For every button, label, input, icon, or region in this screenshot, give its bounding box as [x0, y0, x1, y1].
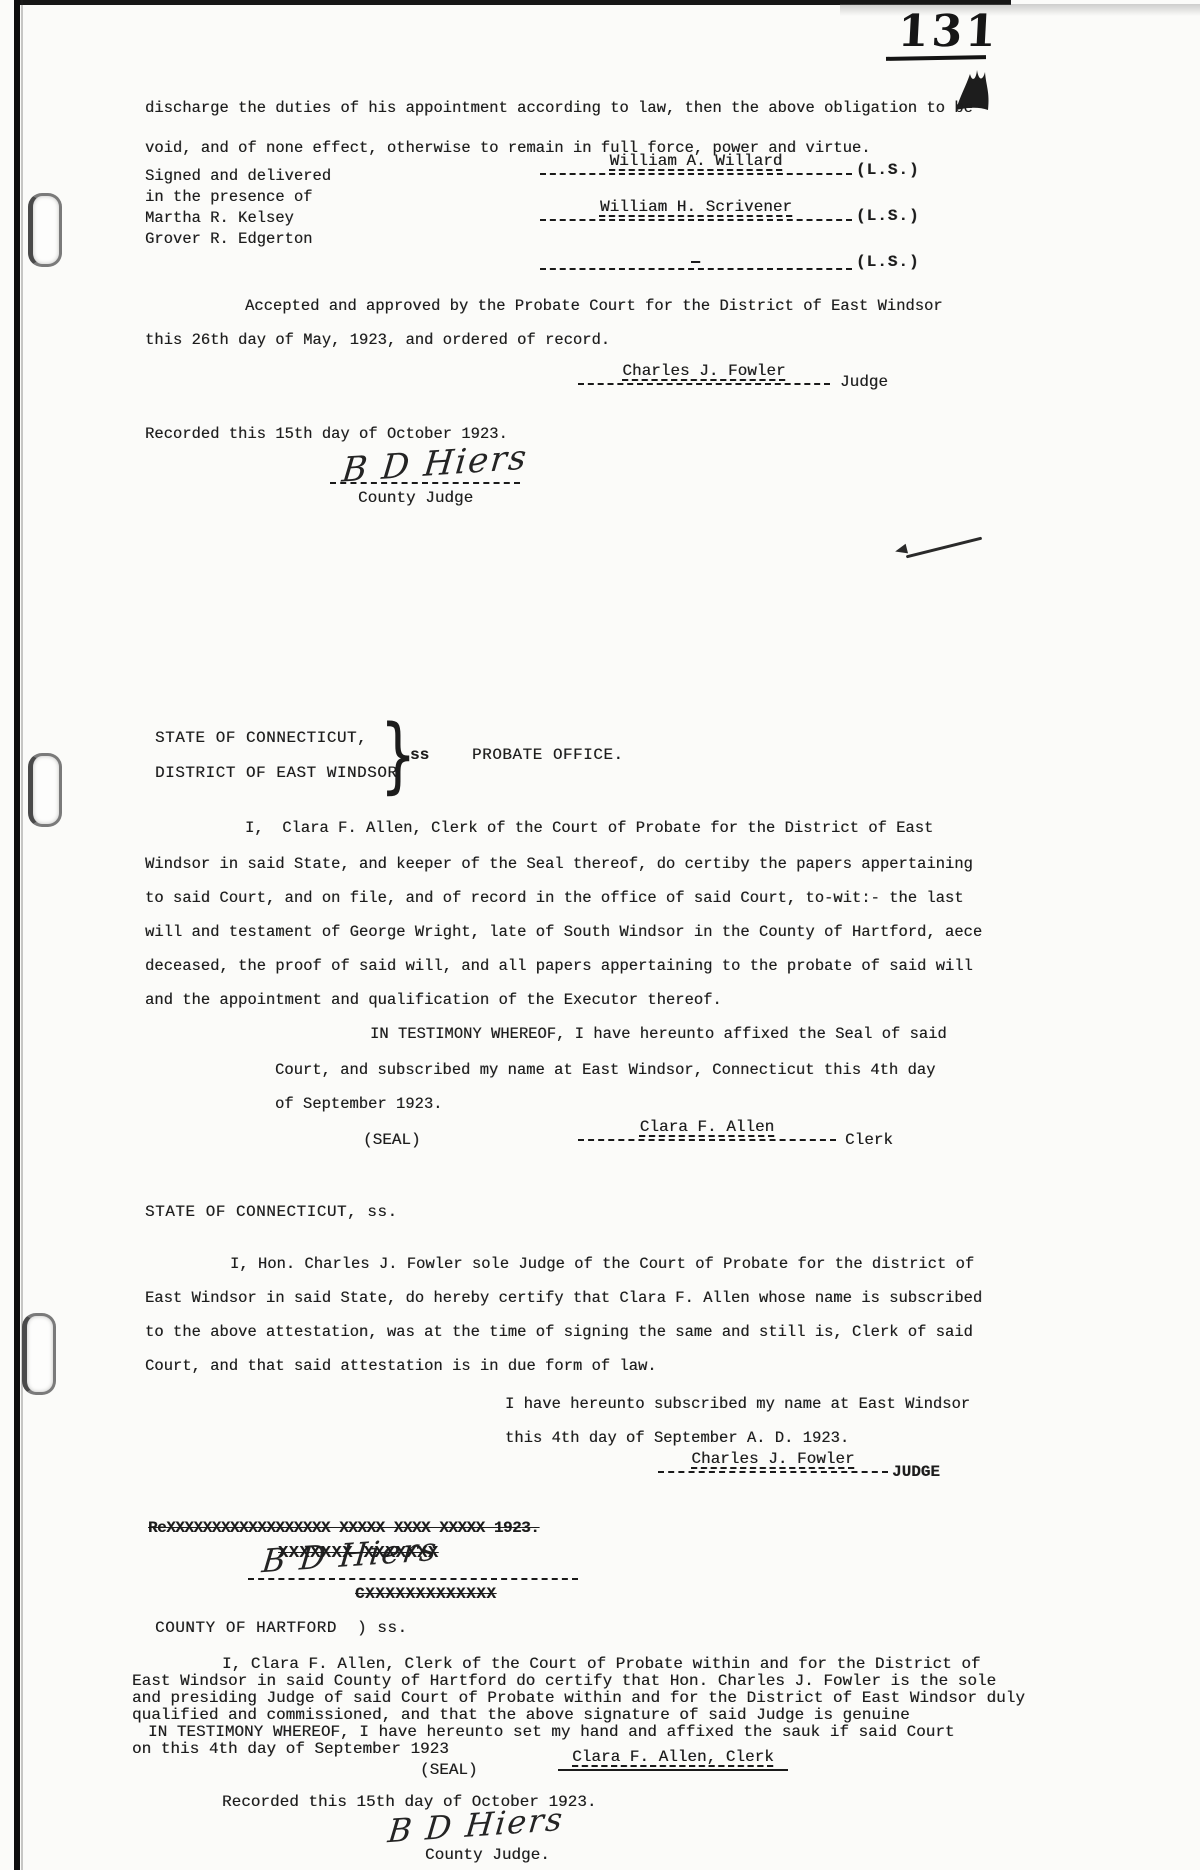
- witness-line: Signed and delivered: [145, 166, 331, 186]
- punch-hole: [28, 753, 62, 827]
- obligation-line: discharge the duties of his appointment …: [145, 98, 973, 118]
- office-heading: PROBATE OFFICE.: [472, 745, 624, 765]
- closing-line: I have hereunto subscribed my name at Ea…: [505, 1394, 970, 1414]
- scan-edge-left: [14, 0, 20, 1870]
- clerk-signature-line: Clara F. Allen, Clerk: [558, 1748, 788, 1771]
- struck-signer-title: CXXXXXXXXXXXXX: [355, 1584, 496, 1604]
- venue-heading: STATE OF CONNECTICUT, ss.: [145, 1202, 398, 1222]
- punch-hole: [28, 193, 62, 267]
- venue-state-line: STATE OF CONNECTICUT,: [155, 728, 367, 748]
- attestation-line: will and testament of George Wright, lat…: [145, 922, 982, 942]
- judge-signature-line: Charles J. Fowler: [658, 1450, 888, 1473]
- venue-district-line: DISTRICT OF EAST WINDSOR: [155, 763, 397, 783]
- signature-line-blank: [540, 244, 852, 270]
- clerk-signature: Clara F. Allen, Clerk: [558, 1748, 788, 1769]
- pen-stroke-artifact: [906, 537, 982, 559]
- judge-signature: Charles J. Fowler: [658, 1450, 888, 1471]
- attestation-line: to the above attestation, was at the tim…: [145, 1322, 973, 1342]
- seal-label: (L.S.): [856, 206, 920, 226]
- punch-hole: [22, 1313, 56, 1395]
- acceptance-line: Accepted and approved by the Probate Cou…: [245, 296, 943, 316]
- clerk-title: Clerk: [845, 1130, 893, 1150]
- attestation-line: East Windsor in said State, do hereby ce…: [145, 1288, 982, 1308]
- acceptance-line: this 26th day of May, 1923, and ordered …: [145, 330, 610, 350]
- attestation-line: I, Hon. Charles J. Fowler sole Judge of …: [230, 1254, 974, 1274]
- signer-title: County Judge: [358, 488, 473, 508]
- signature-line: William H. Scrivener: [540, 198, 852, 221]
- testimony-line: Court, and subscribed my name at East Wi…: [275, 1060, 935, 1080]
- attestation-line: deceased, the proof of said will, and al…: [145, 956, 973, 976]
- seal-label: (L.S.): [856, 160, 920, 180]
- signatory-name: [540, 244, 852, 265]
- page-number: 131: [897, 6, 1001, 57]
- seal-notation: (SEAL): [363, 1130, 421, 1150]
- signatory-name: William A. Willard: [540, 152, 852, 173]
- scan-shading-top-right: [840, 4, 1200, 16]
- signature-rule: [248, 1556, 578, 1580]
- signature-rule: [330, 458, 520, 484]
- witness-line: Martha R. Kelsey: [145, 208, 294, 228]
- signature-line: William A. Willard: [540, 152, 852, 175]
- witness-line: Grover R. Edgerton: [145, 229, 312, 249]
- signer-title: County Judge.: [425, 1845, 550, 1865]
- judge-signature: Charles J. Fowler: [578, 362, 830, 383]
- document-page: 131 discharge the duties of his appointm…: [0, 0, 1200, 1870]
- clerk-signature-line: Clara F. Allen: [578, 1118, 836, 1141]
- attestation-line: and the appointment and qualification of…: [145, 990, 722, 1010]
- judge-signature-line: Charles J. Fowler: [578, 362, 830, 385]
- seal-notation: (SEAL): [420, 1760, 478, 1780]
- recording-statement: Recorded this 15th day of October 1923.: [145, 424, 508, 444]
- attestation-line: to said Court, and on file, and of recor…: [145, 888, 964, 908]
- struck-recording-line: ReXXXXXXXXXXXXXXXXXX XXXXX XXXX XXXXX 19…: [148, 1518, 539, 1538]
- testimony-line: of September 1923.: [275, 1094, 442, 1114]
- ss-abbreviation: ss: [410, 745, 429, 765]
- judge-title: Judge: [840, 372, 888, 392]
- page-number-underline: [886, 55, 986, 61]
- seal-label: (L.S.): [856, 252, 920, 272]
- signatory-name: William H. Scrivener: [540, 198, 852, 219]
- scan-edge-left-shadow: [21, 0, 23, 1870]
- attestation-line: on this 4th day of September 1923: [132, 1739, 449, 1759]
- judge-title: JUDGE: [892, 1462, 940, 1482]
- attestation-line: Court, and that said attestation is in d…: [145, 1356, 657, 1376]
- county-heading: COUNTY OF HARTFORD ) ss.: [155, 1618, 408, 1638]
- attestation-line: I, Clara F. Allen, Clerk of the Court of…: [245, 818, 933, 838]
- attestation-line: Windsor in said State, and keeper of the…: [145, 854, 973, 874]
- closing-line: this 4th day of September A. D. 1923.: [505, 1428, 849, 1448]
- witness-line: in the presence of: [145, 187, 312, 207]
- testimony-line: IN TESTIMONY WHEREOF, I have hereunto af…: [370, 1024, 947, 1044]
- clerk-signature: Clara F. Allen: [578, 1118, 836, 1139]
